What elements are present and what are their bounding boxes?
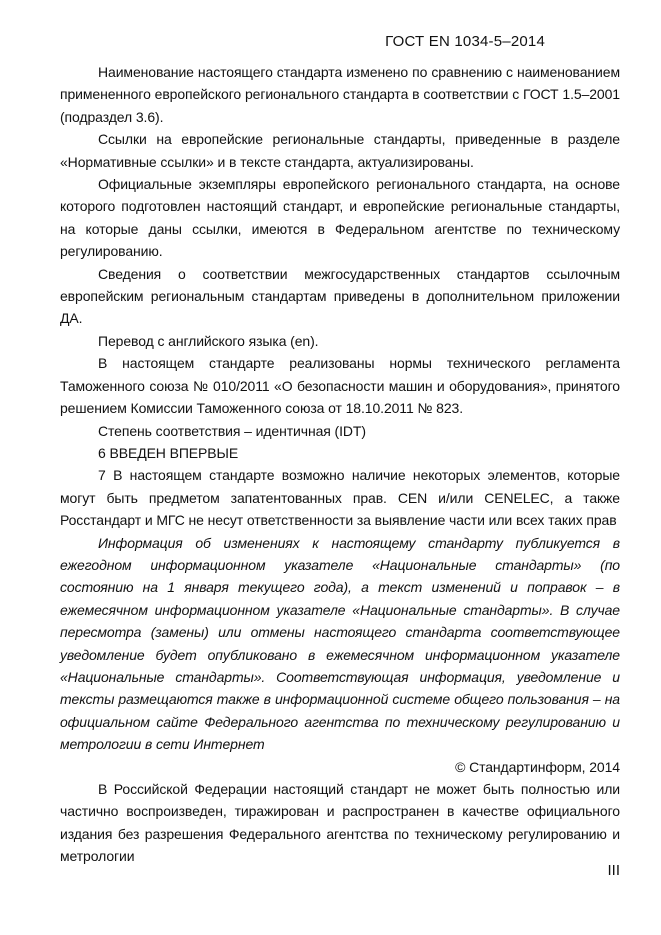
- paragraph-translation: Перевод с английского языка (en).: [60, 330, 620, 352]
- paragraph-introduced-first-time: 6 ВВЕДЕН ВПЕРВЫЕ: [60, 442, 620, 464]
- paragraph-customs-union: В настоящем стандарте реализованы нормы …: [60, 352, 620, 419]
- page-number: III: [60, 862, 620, 879]
- paragraph-name-change: Наименование настоящего стандарта измене…: [60, 61, 620, 128]
- paragraph-conformity-degree: Степень соответствия – идентичная (IDT): [60, 420, 620, 442]
- paragraph-references-updated: Ссылки на европейские региональные станд…: [60, 128, 620, 173]
- amendments-notice-italic: Информация об изменениях к настоящему ст…: [60, 532, 620, 756]
- document-page: ГОСТ EN 1034-5–2014 Наименование настоящ…: [0, 0, 661, 935]
- copyright-line: © Стандартинформ, 2014: [60, 756, 620, 778]
- document-body: Наименование настоящего стандарта измене…: [60, 61, 620, 868]
- standard-number-header: ГОСТ EN 1034-5–2014: [60, 33, 545, 50]
- paragraph-official-copies: Официальные экземпляры европейского реги…: [60, 173, 620, 263]
- reproduction-restriction-paragraph: В Российской Федерации настоящий стандар…: [60, 778, 620, 868]
- paragraph-correspondence-info: Сведения о соответствии межгосударственн…: [60, 263, 620, 330]
- paragraph-patent-rights: 7 В настоящем стандарте возможно наличие…: [60, 464, 620, 531]
